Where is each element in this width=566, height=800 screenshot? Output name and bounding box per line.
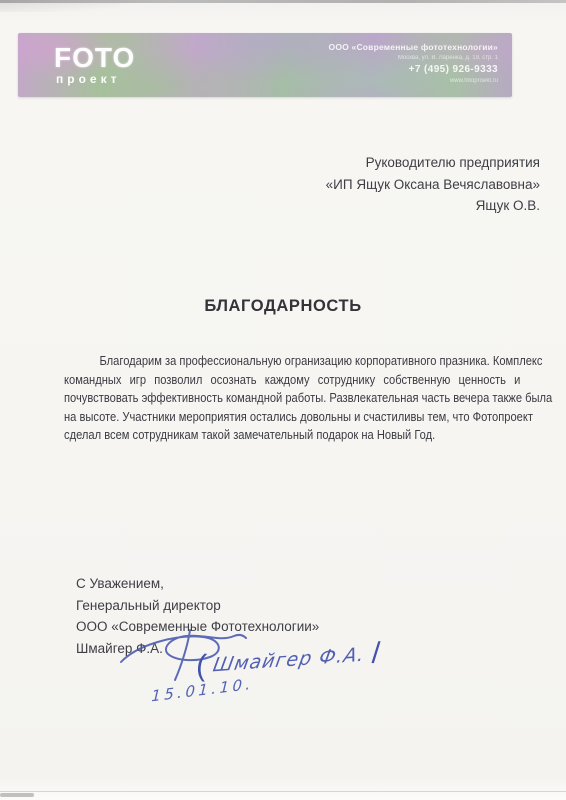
recipient-block: Руководителю предприятия «ИП Ящук Оксана… bbox=[326, 152, 540, 217]
signature-open-bracket: ( bbox=[195, 651, 208, 682]
signature-close-slash: / bbox=[371, 639, 380, 669]
body-paragraph: Благодарим за профессиональную огранизац… bbox=[64, 352, 520, 445]
recipient-line: Руководителю предприятия bbox=[326, 152, 540, 174]
company-name: ООО «Современные фототехнологии» bbox=[329, 43, 498, 52]
company-phone: +7 (495) 926-9333 bbox=[329, 65, 498, 75]
closing-line: С Уважением, bbox=[76, 573, 319, 595]
scan-corner-shadow bbox=[0, 3, 120, 12]
scan-fold-line bbox=[0, 791, 566, 792]
recipient-line: Ящук О.В. bbox=[326, 195, 540, 217]
closing-line: Генеральный директор bbox=[76, 595, 319, 617]
company-contact-block: ООО «Современные фототехнологии» Москва,… bbox=[329, 43, 498, 84]
scan-smudge bbox=[0, 793, 34, 797]
letter-title: БЛАГОДАРНОСТЬ bbox=[0, 297, 566, 316]
body-line: Благодарим за профессиональную огранизац… bbox=[64, 352, 520, 371]
scanned-letter-page: FOTO проект ООО «Современные фототехноло… bbox=[0, 0, 566, 800]
company-address: Москва, ул. В. Ларенка, д. 19, стр. 1 bbox=[329, 55, 498, 61]
logo-wordmark: FOTO bbox=[54, 44, 135, 72]
body-line: сделал всем сотрудникам такой замечатель… bbox=[64, 426, 520, 445]
letterhead-banner: FOTO проект ООО «Современные фототехноло… bbox=[18, 33, 512, 97]
logo-subtitle: проект bbox=[56, 73, 135, 85]
body-line: командных игр позволил осознать каждому … bbox=[64, 371, 520, 390]
company-website: www.fotoproekt.ru bbox=[329, 78, 498, 84]
signature-name: Шмайгер Ф.А. bbox=[211, 643, 366, 676]
body-line: почувствовать эффективность командной ра… bbox=[64, 389, 520, 408]
body-line: на высоте. Участники мероприятия осталис… bbox=[64, 408, 520, 427]
recipient-line: «ИП Ящук Оксана Вечяславовна» bbox=[326, 174, 540, 196]
company-logo: FOTO проект bbox=[54, 44, 135, 85]
